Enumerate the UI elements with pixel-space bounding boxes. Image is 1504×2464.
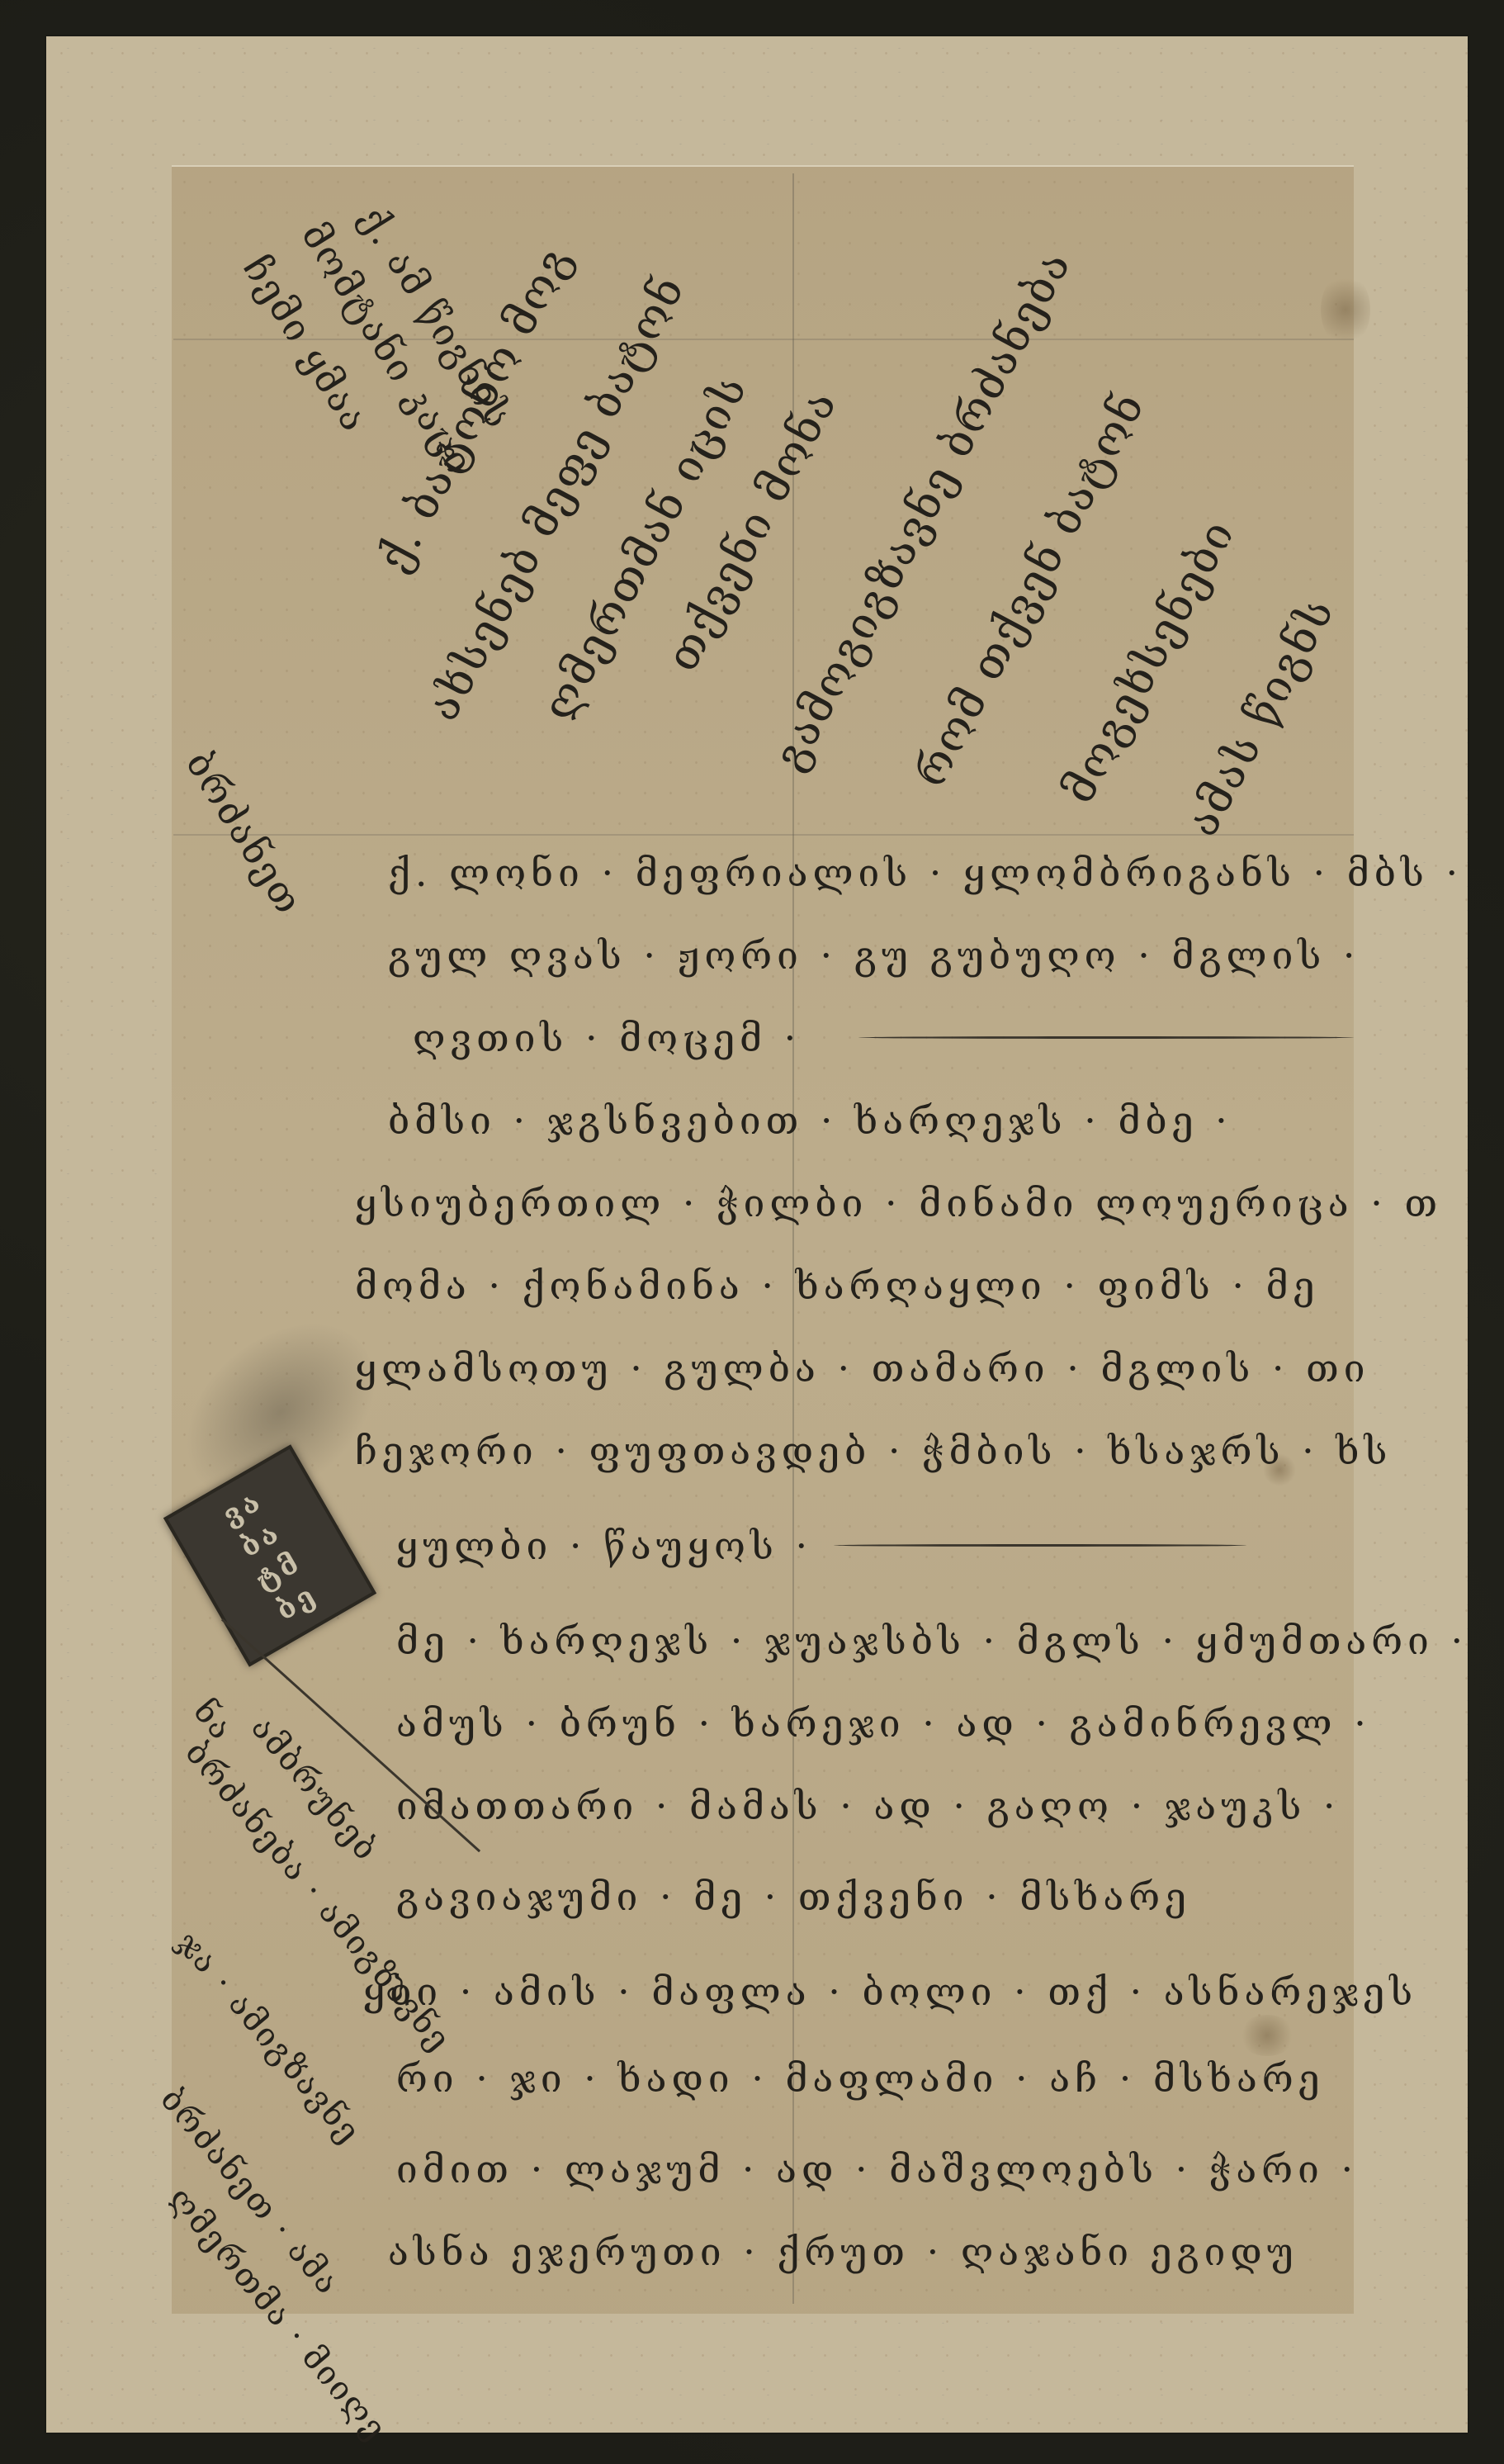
body-line: ყლამსოთუ · გულბა · თამარი · მგლის · თი [355, 1346, 1369, 1391]
paper-stain [1238, 2015, 1296, 2056]
body-line: ყსიუბერთილ · ჭილბი · მინამი ლოუერიცა · თ [355, 1181, 1442, 1225]
fold-crease-horizontal [173, 834, 1354, 836]
paper-stain [1321, 272, 1370, 347]
body-line: ქ. ლონი · მეფრიალის · ყლომბრიგანს · მბს … [388, 851, 1463, 895]
fold-crease-horizontal [173, 339, 1354, 340]
body-line: ამუს · ბრუნ · ხარეჯი · ად · გამინრევლ · [396, 1701, 1371, 1746]
body-line: ჩეჯორი · ფუფთავდებ · ჭმბის · ხსაჯრს · ხს [355, 1429, 1392, 1473]
body-line: მომა · ქონამინა · ხარღაყლი · ფიმს · მე [355, 1263, 1319, 1308]
body-line: ყბი · ამის · მაფლა · ბოლი · თქ · ასნარეჯ… [363, 1969, 1417, 2014]
body-line: მე · ხარღეჯს · ჯუაჯსბს · მგლს · ყმუმთარი… [396, 1618, 1468, 1663]
body-line: იმათთარი · მამას · ად · გაღო · ჯაუკს · [396, 1784, 1341, 1828]
body-line: გულ ღვას · ჟორი · გუ გუბუღო · მგლის · [388, 933, 1360, 978]
body-line: ყულბი · წაუყოს · [396, 1523, 812, 1568]
body-line: იმით · ლაჯუმ · ად · მაშვლოებს · ჭარი · [396, 2147, 1358, 2192]
body-line: გავიაჯუმი · მე · თქვენი · მსხარე [396, 1874, 1191, 1919]
separator-flourish [858, 1036, 1354, 1039]
body-line: ბმსი · ჯგსნვებით · ხარღეჯს · მბე · [388, 1098, 1232, 1143]
separator-flourish [834, 1544, 1246, 1547]
body-line: ღვთის · მოცემ · [413, 1016, 801, 1060]
body-line: რი · ჯი · ხადი · მაფლამი · აჩ · მსხარე [396, 2056, 1325, 2101]
body-line: ასნა ეჯერუთი · ქრუთ · ღაჯანი ეგიდუ [388, 2229, 1298, 2274]
